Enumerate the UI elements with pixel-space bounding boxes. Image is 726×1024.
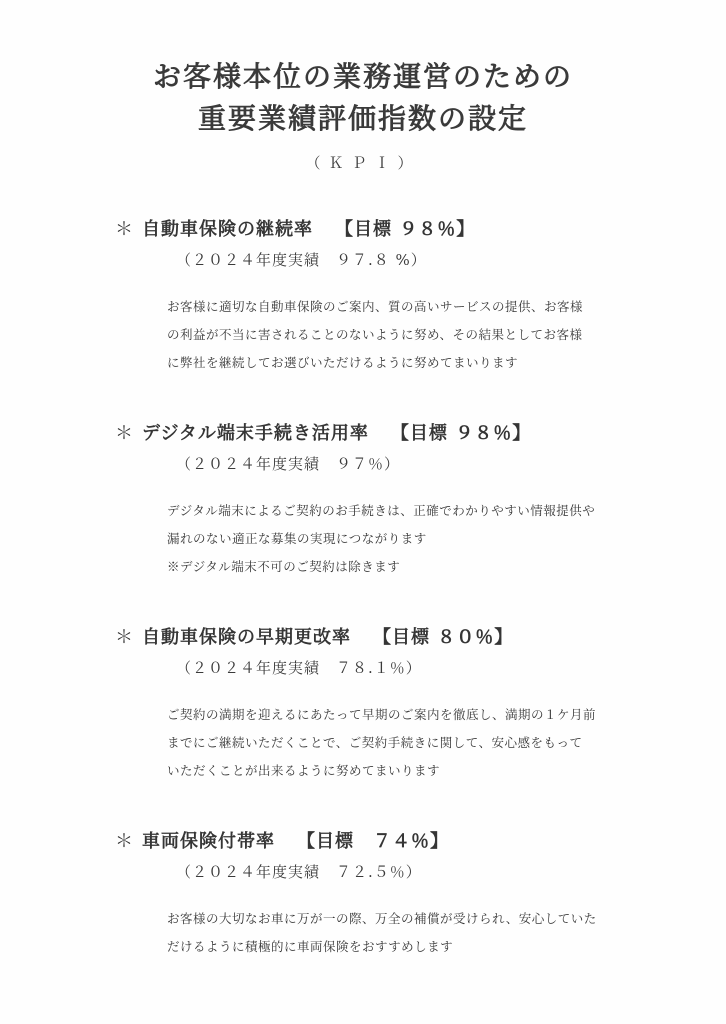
kpi-description: お客様に適切な自動車保険のご案内、質の高いサービスの提供、お客様 の利益が不当に… (0, 293, 726, 377)
kpi-heading: 車両保険付帯率 (142, 831, 275, 852)
description-line: ※デジタル端末不可のご契約は除きます (167, 553, 686, 581)
kpi-heading: 自動車保険の継続率 (142, 219, 313, 240)
kpi-description: ご契約の満期を迎えるにあたって早期のご案内を徹底し、満期の１ケ月前 までにご継続… (0, 701, 726, 785)
kpi-description: お客様の大切なお車に万が一の際、万全の補償が受けられ、安心していた だけるように… (0, 905, 726, 961)
description-line: いただくことが出来るように努めてまいります (167, 757, 686, 785)
description-line: 漏れのない適正な募集の実現につながります (167, 525, 686, 553)
kpi-heading: デジタル端末手続き活用率 (142, 423, 369, 444)
kpi-target-label: 【目標 ７４％】 (297, 831, 449, 852)
page-subtitle-kpi: （ＫＰＩ） (0, 152, 726, 173)
document-title-block: お客様本位の業務運営のための 重要業績評価指数の設定 （ＫＰＩ） (0, 0, 726, 173)
asterisk-bullet: ＊ (115, 625, 134, 651)
kpi-actual-result: （２０２４年度実績 ７２.５％） (0, 861, 726, 883)
kpi-section-early-renewal-rate: ＊自動車保険の早期更改率【目標 ８０％】 （２０２４年度実績 ７８.１％） ご契… (0, 625, 726, 785)
kpi-actual-result: （２０２４年度実績 ７８.１％） (0, 657, 726, 679)
kpi-target-label: 【目標 ９８％】 (391, 423, 531, 444)
page-title-line-1: お客様本位の業務運営のための (0, 56, 726, 98)
kpi-section-header: ＊車両保険付帯率【目標 ７４％】 (0, 829, 726, 855)
kpi-description: デジタル端末によるご契約のお手続きは、正確でわかりやすい情報提供や 漏れのない適… (0, 497, 726, 581)
kpi-target-label: 【目標 ８０％】 (373, 627, 513, 648)
kpi-actual-result: （２０２４年度実績 ９７.８ %） (0, 249, 726, 271)
document-page: お客様本位の業務運営のための 重要業績評価指数の設定 （ＫＰＩ） ＊自動車保険の… (0, 0, 726, 1024)
page-title-line-2: 重要業績評価指数の設定 (0, 98, 726, 140)
description-line: お客様の大切なお車に万が一の際、万全の補償が受けられ、安心していた (167, 905, 686, 933)
kpi-section-header: ＊自動車保険の早期更改率【目標 ８０％】 (0, 625, 726, 651)
kpi-section-header: ＊自動車保険の継続率【目標 ９８％】 (0, 217, 726, 243)
asterisk-bullet: ＊ (115, 421, 134, 447)
description-line: お客様に適切な自動車保険のご案内、質の高いサービスの提供、お客様 (167, 293, 686, 321)
kpi-section-digital-procedure-usage: ＊デジタル端末手続き活用率【目標 ９８％】 （２０２４年度実績 ９７％） デジタ… (0, 421, 726, 581)
description-line: の利益が不当に害されることのないように努め、その結果としてお客様 (167, 321, 686, 349)
kpi-target-label: 【目標 ９８％】 (335, 219, 475, 240)
description-line: デジタル端末によるご契約のお手続きは、正確でわかりやすい情報提供や (167, 497, 686, 525)
kpi-actual-result: （２０２４年度実績 ９７％） (0, 453, 726, 475)
description-line: ご契約の満期を迎えるにあたって早期のご案内を徹底し、満期の１ケ月前 (167, 701, 686, 729)
kpi-heading: 自動車保険の早期更改率 (142, 627, 351, 648)
asterisk-bullet: ＊ (115, 217, 134, 243)
asterisk-bullet: ＊ (115, 829, 134, 855)
description-line: だけるように積極的に車両保険をおすすめします (167, 933, 686, 961)
kpi-section-auto-insurance-renewal: ＊自動車保険の継続率【目標 ９８％】 （２０２４年度実績 ９７.８ %） お客様… (0, 217, 726, 377)
kpi-section-header: ＊デジタル端末手続き活用率【目標 ９８％】 (0, 421, 726, 447)
description-line: に弊社を継続してお選びいただけるように努めてまいります (167, 349, 686, 377)
description-line: までにご継続いただくことで、ご契約手続きに関して、安心感をもって (167, 729, 686, 757)
kpi-section-vehicle-insurance-attachment: ＊車両保険付帯率【目標 ７４％】 （２０２４年度実績 ７２.５％） お客様の大切… (0, 829, 726, 961)
